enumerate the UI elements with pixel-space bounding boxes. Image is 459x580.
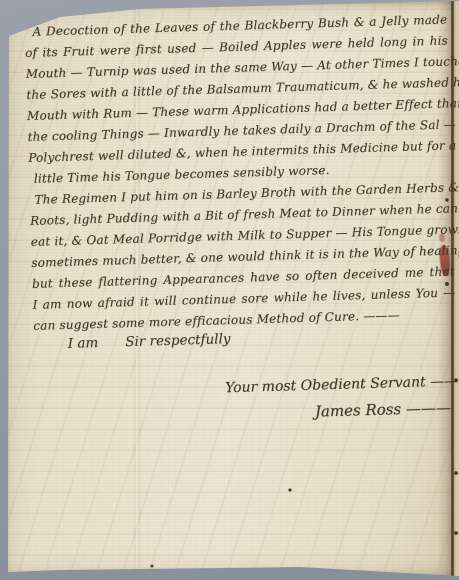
ink-specks xyxy=(0,0,2,2)
letter-body: A Decoction of the Leaves of the Blackbe… xyxy=(24,3,459,432)
scan-background: A Decoction of the Leaves of the Blackbe… xyxy=(0,0,459,580)
closing-respectfully: Sir respectfully xyxy=(125,331,231,350)
closing-gap xyxy=(98,346,125,347)
letter-page: A Decoction of the Leaves of the Blackbe… xyxy=(0,0,459,580)
closing-i-am: I am xyxy=(68,335,99,352)
